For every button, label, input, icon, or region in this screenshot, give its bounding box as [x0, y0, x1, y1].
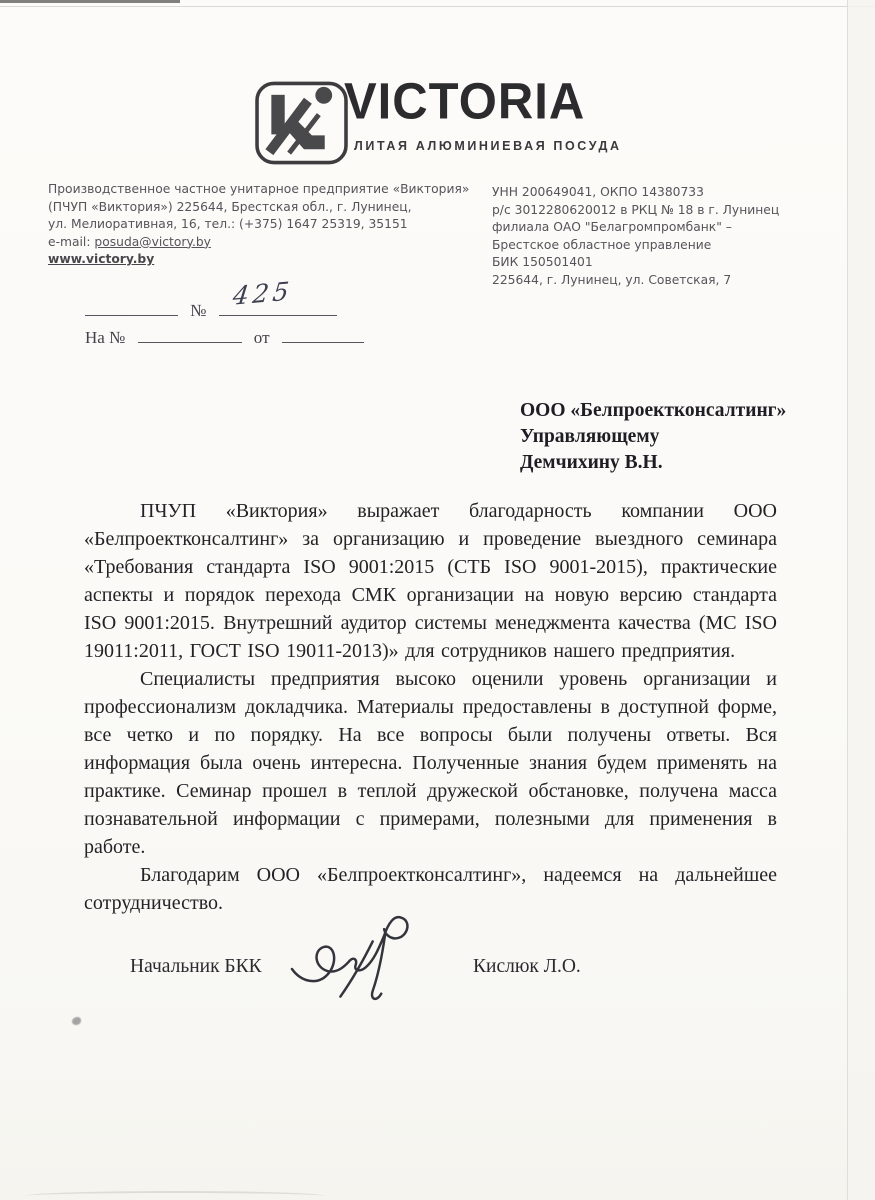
- scan-artifact-top-line: [0, 0, 180, 3]
- from-label: от: [254, 328, 270, 347]
- email-label: e-mail:: [48, 235, 91, 249]
- signer-name: Кислюк Л.О.: [473, 956, 581, 978]
- victoria-logo-icon: [252, 80, 352, 167]
- number-label: №: [190, 301, 206, 320]
- recipient-title: Управляющему: [520, 424, 786, 450]
- company-address-line: (ПЧУП «Виктория») 225644, Брестская обл.…: [48, 199, 488, 217]
- bank-details-block: УНН 200649041, ОКПО 14380733 р/с 3012280…: [492, 184, 862, 290]
- reply-label: На №: [85, 328, 125, 347]
- company-phone-line: ул. Мелиоративная, 16, тел.: (+375) 1647…: [48, 216, 488, 234]
- brand-name: VICTORIA: [344, 73, 585, 131]
- brand-tagline: ЛИТАЯ АЛЮМИНИЕВАЯ ПОСУДА: [354, 139, 622, 153]
- email-address: posuda@victory.by: [94, 235, 211, 249]
- paragraph-closing: Благодарим ООО «Белпроектконсалтинг», на…: [84, 861, 777, 917]
- scan-artifact-right-strip: [848, 0, 875, 1200]
- reply-date-blank: [282, 327, 364, 343]
- paragraph-feedback: Специалисты предприятия высоко оценили у…: [84, 665, 777, 861]
- recipient-name: Демчихину В.Н.: [520, 450, 786, 476]
- bank-region-line: Брестское областное управление: [492, 237, 862, 255]
- website-address: www.victory.by: [48, 251, 488, 269]
- scan-artifact-bottom-curve: [25, 1191, 325, 1200]
- bank-branch-line: филиала ОАО "Белагромпромбанк" –: [492, 219, 862, 237]
- scan-artifact-fold-line: [847, 0, 848, 1200]
- handwritten-number: 425: [231, 276, 294, 311]
- number-blank-line: 425: [219, 300, 337, 316]
- reference-block: № 425 На № от: [85, 300, 415, 354]
- account-line: р/с 3012280620012 в РКЦ № 18 в г. Лунине…: [492, 202, 862, 220]
- bik-line: БИК 150501401: [492, 254, 862, 272]
- company-name-line: Производственное частное унитарное предп…: [48, 181, 488, 199]
- outgoing-number-line: № 425: [85, 300, 415, 327]
- handwritten-signature-icon: [282, 912, 452, 1007]
- reply-to-line: На № от: [85, 327, 415, 354]
- scan-artifact-top-hairline: [0, 6, 875, 7]
- recipient-block: ООО «Белпроектконсалтинг» Управляющему Д…: [520, 398, 786, 476]
- reply-number-blank: [138, 327, 242, 343]
- scan-artifact-ink-speck: [72, 1017, 81, 1025]
- date-blank-line: [85, 300, 178, 316]
- letter-body: ПЧУП «Виктория» выражает благодарность к…: [84, 497, 777, 917]
- company-contact-block: Производственное частное унитарное предп…: [48, 181, 488, 269]
- bank-address-line: 225644, г. Лунинец, ул. Советская, 7: [492, 272, 862, 290]
- unn-okpo-line: УНН 200649041, ОКПО 14380733: [492, 184, 862, 202]
- company-email-line: e-mail: posuda@victory.by: [48, 234, 488, 252]
- paragraph-gratitude: ПЧУП «Виктория» выражает благодарность к…: [84, 497, 777, 665]
- recipient-company: ООО «Белпроектконсалтинг»: [520, 398, 786, 424]
- scanned-letter-page: VICTORIA ЛИТАЯ АЛЮМИНИЕВАЯ ПОСУДА Произв…: [0, 0, 875, 1200]
- signer-position: Начальник БКК: [130, 956, 262, 978]
